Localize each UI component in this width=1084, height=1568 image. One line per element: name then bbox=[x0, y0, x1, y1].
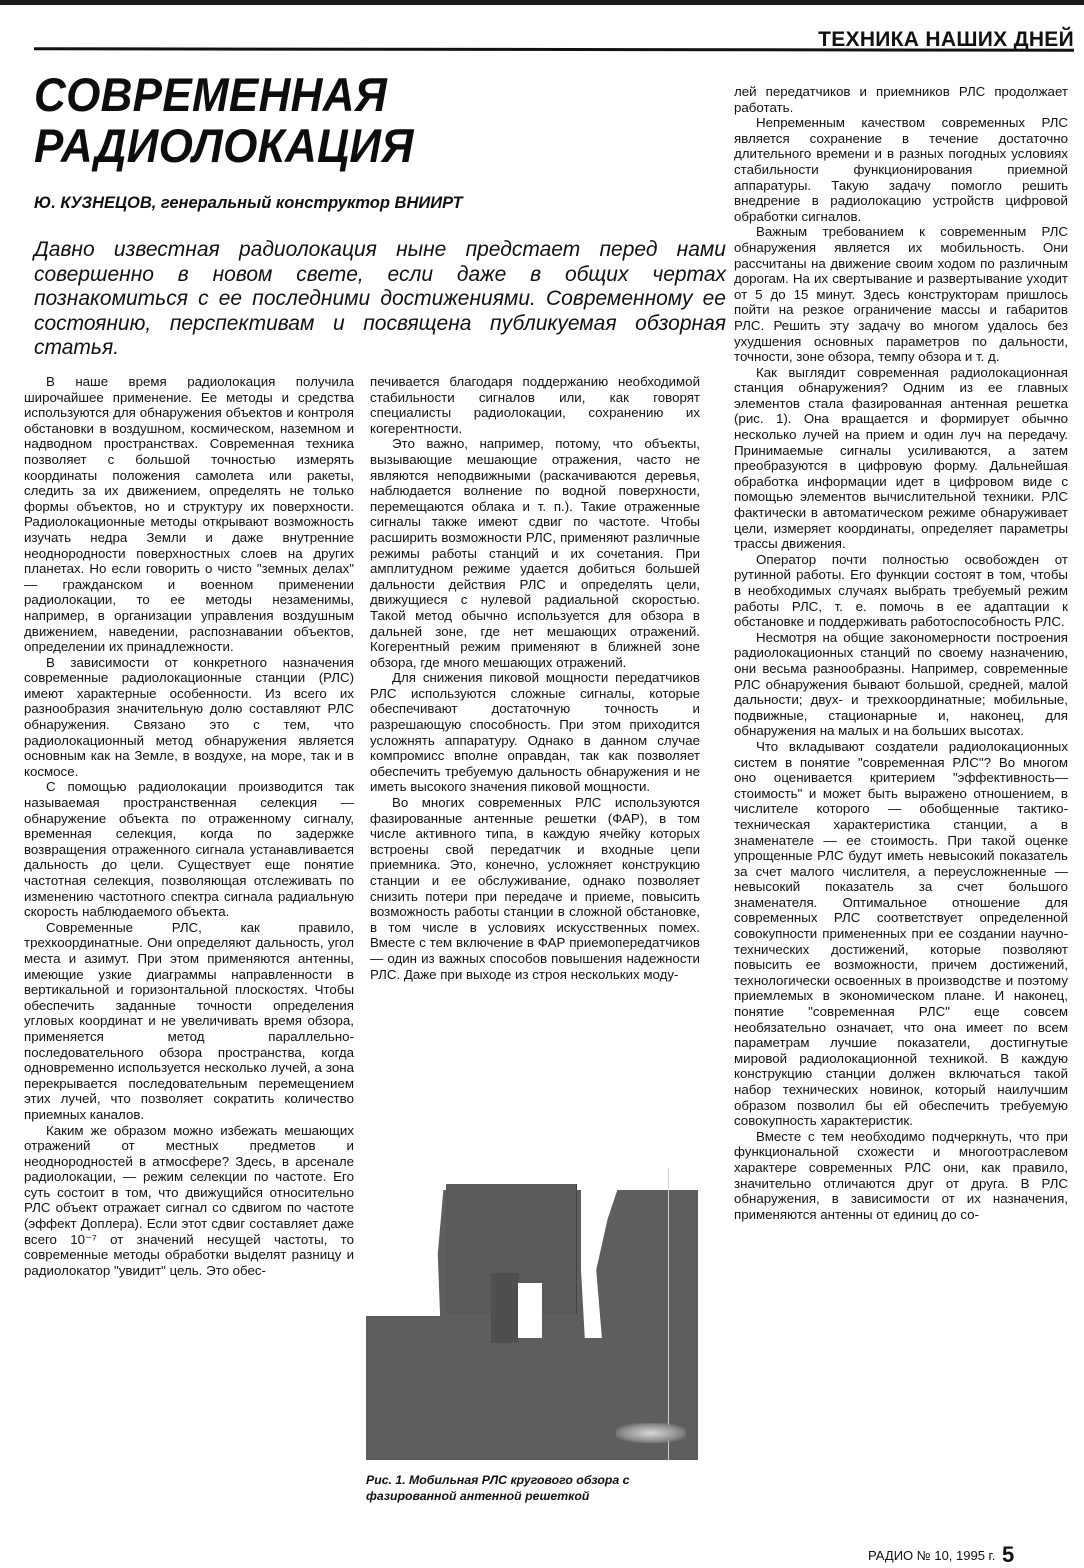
paragraph: Несмотря на общие закономерности построе… bbox=[734, 630, 1068, 739]
section-divider bbox=[34, 47, 1074, 51]
photo-ground-glint bbox=[616, 1423, 686, 1443]
paragraph: Вместе с тем необходимо подчеркнуть, что… bbox=[734, 1129, 1068, 1223]
paragraph: В зависимости от конкретного назначения … bbox=[24, 655, 354, 780]
page-number: 5 bbox=[1002, 1542, 1014, 1567]
figure-photo-radar bbox=[366, 1168, 698, 1460]
antenna-mast bbox=[491, 1273, 519, 1343]
author-byline: Ю. КУЗНЕЦОВ, генеральный конструктор ВНИ… bbox=[34, 194, 463, 213]
page-footer: РАДИО № 10, 1995 г. 5 bbox=[868, 1542, 1014, 1568]
article-title: СОВРЕМЕННАЯ РАДИОЛОКАЦИЯ bbox=[34, 70, 694, 172]
photo-scan-line bbox=[668, 1168, 669, 1460]
text-column-2: печивается благодаря поддержанию необход… bbox=[370, 374, 700, 982]
title-line-2: РАДИОЛОКАЦИЯ bbox=[34, 121, 694, 172]
paragraph: В наше время радиолокация получила широч… bbox=[24, 374, 354, 655]
paragraph: Оператор почти полностью освобожден от р… bbox=[734, 552, 1068, 630]
paragraph: Непременным качеством современных РЛС яв… bbox=[734, 115, 1068, 224]
publication-info: РАДИО № 10, 1995 г. bbox=[868, 1548, 995, 1563]
photo-highlight bbox=[518, 1283, 542, 1338]
text-column-3: лей передатчиков и приемников РЛС продол… bbox=[734, 84, 1068, 1222]
paragraph: Это важно, например, потому, что объекты… bbox=[370, 436, 700, 670]
text-column-1: В наше время радиолокация получила широч… bbox=[24, 374, 354, 1278]
paragraph: Для снижения пиковой мощности передатчик… bbox=[370, 670, 700, 795]
article-lead: Давно известная радиолокация ныне предст… bbox=[34, 238, 726, 361]
paragraph: С помощью радиолокации производится так … bbox=[24, 779, 354, 919]
figure-caption: Рис. 1. Мобильная РЛС кругового обзора с… bbox=[366, 1472, 702, 1504]
photo-background bbox=[366, 1168, 444, 1316]
paragraph: Что вкладывают создатели радиолокационны… bbox=[734, 739, 1068, 1129]
paragraph: Каким же образом можно избежать мешающих… bbox=[24, 1123, 354, 1279]
paragraph: Важным требованием к современным РЛС обн… bbox=[734, 224, 1068, 364]
paragraph: Во многих современных РЛС используются ф… bbox=[370, 795, 700, 982]
paragraph: печивается благодаря поддержанию необход… bbox=[370, 374, 700, 436]
paragraph: Современные РЛС, как правило, трехкоорди… bbox=[24, 920, 354, 1123]
top-border-rule bbox=[0, 0, 1084, 5]
title-line-1: СОВРЕМЕННАЯ bbox=[34, 70, 694, 121]
paragraph: Как выглядит современная радиолокационна… bbox=[734, 365, 1068, 552]
photo-sky-gap bbox=[581, 1168, 619, 1338]
paragraph: лей передатчиков и приемников РЛС продол… bbox=[734, 84, 1068, 115]
